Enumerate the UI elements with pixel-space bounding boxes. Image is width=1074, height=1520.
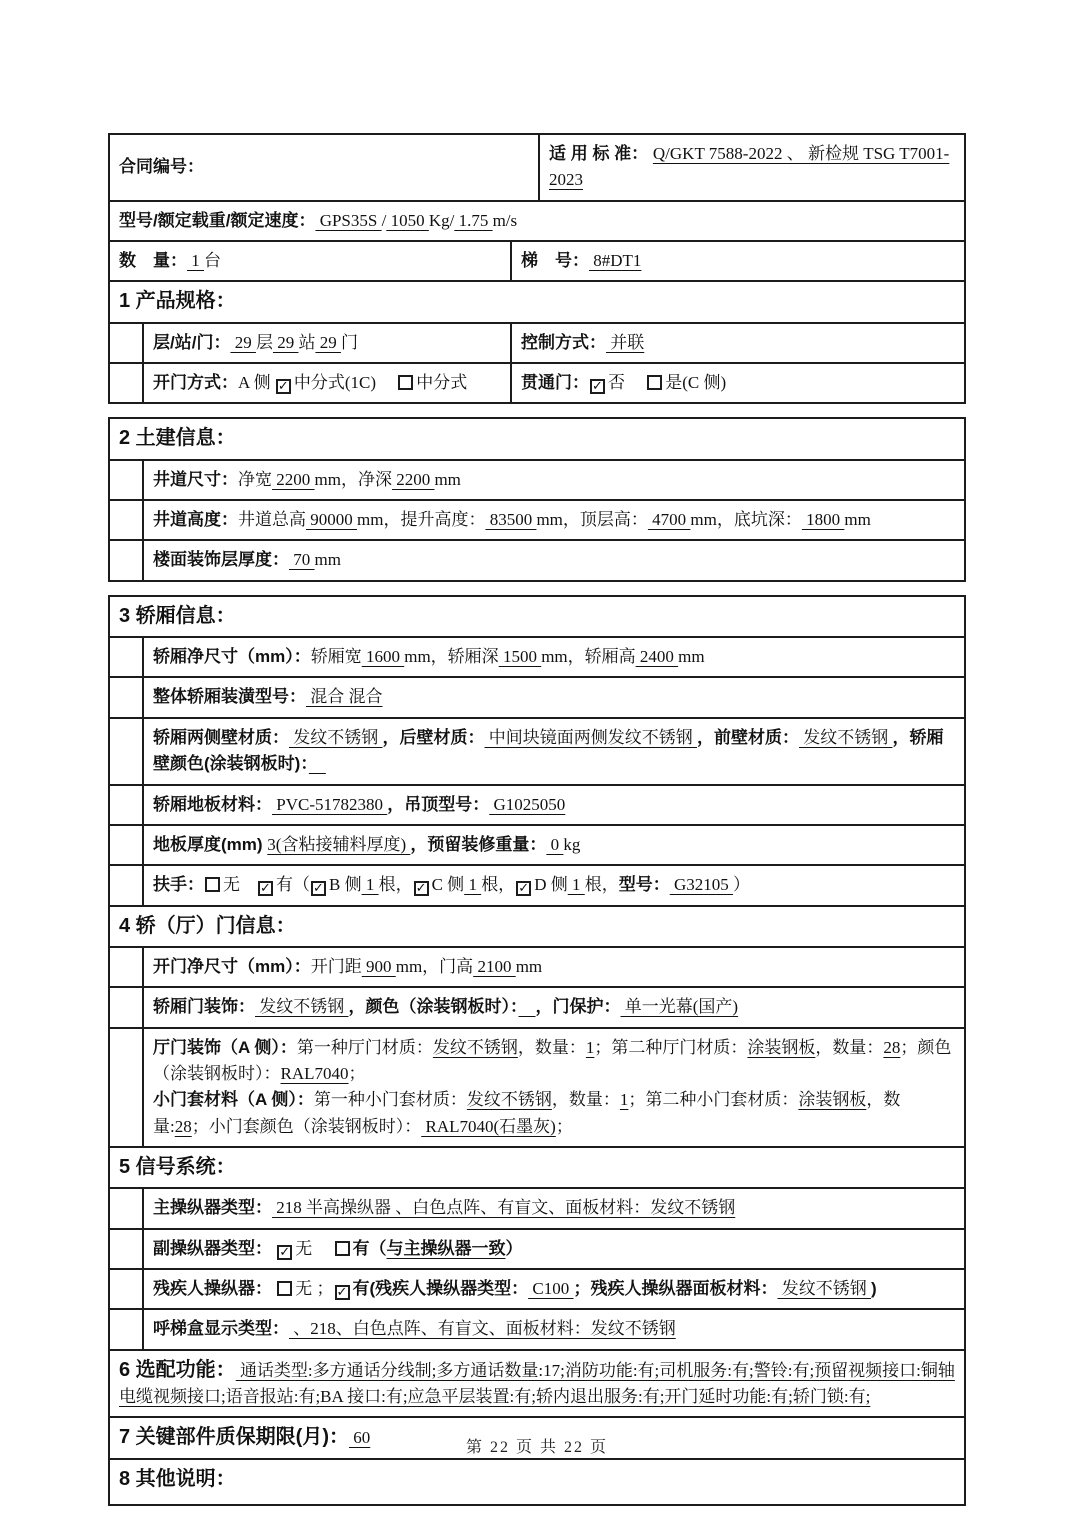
row-gutter [110, 866, 142, 904]
row-gutter [110, 988, 142, 1026]
document-page: 合同编号：适 用 标 准： Q/GKT 7588-2022 、 新检规 TSG … [0, 0, 1074, 1520]
door-opening-row: 开门方式：A 侧 ✓中分式(1C) 中分式贯通门：✓否 是(C 侧) [110, 362, 964, 402]
text: ；小门套颜色（涂装钢板时）： [192, 1117, 422, 1136]
field-label: ， [536, 997, 553, 1016]
field-value: 4700 [648, 510, 691, 529]
text: 无 [295, 1239, 333, 1258]
text: 轿厢宽 [311, 647, 362, 666]
main-cop-row: 主操纵器类型： 218 半高操纵器 、白色点阵、有盲文、面板材料：发纹不锈钢 [110, 1187, 964, 1227]
floor-finish-row: 楼面装饰层厚度： 70 mm [110, 539, 964, 579]
field-label: 主操纵器类型： [153, 1198, 272, 1217]
text: Kg/ [429, 211, 455, 230]
field-value: 混合 混合 [306, 687, 383, 706]
field-value: 29 [315, 333, 341, 352]
field-value: 70 [289, 550, 315, 569]
text: m/s [493, 211, 518, 230]
shaft-height-row: 井道高度：井道总高 90000 mm，提升高度： 83500 mm，顶层高： 4… [110, 499, 964, 539]
field-label: ， [387, 795, 404, 814]
checkbox-checked[interactable]: ✓ [311, 881, 326, 896]
field-value: 涂装钢板 [747, 1038, 815, 1057]
floor-finish-cell: 楼面装饰层厚度： 70 mm [142, 541, 964, 579]
row-gutter [110, 1029, 142, 1146]
field-value: 发纹不锈钢 [433, 1038, 518, 1057]
field-value: 0 [546, 835, 563, 854]
text: 有（ [276, 875, 310, 894]
section-4-door-info: 4 轿（厅）门信息： [110, 905, 964, 946]
handrail-row: 扶手：无 ✓有（✓B 侧 1 根，✓C 侧 1 根，✓D 侧 1 根，型号： G… [110, 864, 964, 904]
field-label: ) [871, 1279, 877, 1298]
text: C 侧 [432, 875, 465, 894]
contract-number-row: 合同编号：适 用 标 准： Q/GKT 7588-2022 、 新检规 TSG … [110, 135, 964, 200]
text: 根， [481, 875, 515, 894]
field-label: 吊顶型号： [404, 795, 489, 814]
car-door-decor-row: 轿厢门装饰： 发纹不锈钢 ，颜色（涂装钢板时）： ，门保护： 单一光幕(国产) [110, 986, 964, 1026]
field-value: C100 [528, 1279, 573, 1298]
section-title-cell: 5 信号系统： [110, 1148, 964, 1187]
section-title: 8 其他说明： [119, 1468, 236, 1490]
section-3-car-info: 3 轿厢信息： [110, 597, 964, 636]
row-gutter [110, 1230, 142, 1268]
field-label: 后壁材质： [400, 728, 485, 747]
field-label: ， [410, 835, 427, 854]
civil-info: 2 土建信息：井道尺寸：净宽 2200 mm，净深 2200 mm井道高度：井道… [108, 417, 966, 581]
field-label: 轿厢两侧壁材质： [153, 728, 289, 747]
section-title: 6 选配功能： [119, 1359, 236, 1381]
checkbox-unchecked[interactable] [335, 1241, 350, 1256]
text: 第一种小门套材质： [314, 1090, 467, 1109]
field-label: 梯 号： [521, 251, 589, 270]
field-label: 轿厢门装饰： [153, 997, 255, 1016]
checkbox-checked[interactable]: ✓ [258, 881, 273, 896]
checkbox-checked[interactable]: ✓ [335, 1285, 350, 1300]
field-value: 900 [362, 957, 396, 976]
section-title: 1 产品规格： [119, 290, 236, 312]
door-opening-cell: 开门方式：A 侧 ✓中分式(1C) 中分式 [142, 364, 510, 402]
floors-stops-doors-row: 层/站/门： 29 层 29 站 29 门控制方式： 并联 [110, 322, 964, 362]
checkbox-checked[interactable]: ✓ [516, 881, 531, 896]
field-value: PVC-51782380 [272, 795, 387, 814]
field-label: 前壁材质： [714, 728, 799, 747]
text [272, 1239, 276, 1258]
row-gutter [110, 1310, 142, 1348]
field-label: 控制方式： [521, 333, 606, 352]
field-value: 8#DT1 [589, 251, 641, 270]
field-label: 扶手： [153, 875, 204, 894]
optional-functions-cell: 6 选配功能： 通话类型:多方通话分线制;多方通话数量:17;消防功能:有;司机… [110, 1351, 964, 1417]
text: mm，净深 [315, 470, 392, 489]
field-label: ； [574, 1279, 591, 1298]
field-value: 发纹不锈钢 [255, 997, 349, 1016]
hall-call-display-cell: 呼梯盒显示类型： 、218、白色点阵、有盲文、面板材料：发纹不锈钢 [142, 1310, 964, 1348]
spec-table: 合同编号：适 用 标 准： Q/GKT 7588-2022 、 新检规 TSG … [108, 133, 966, 1519]
field-label: 适 用 标 准： [549, 144, 653, 163]
row-gutter [110, 948, 142, 986]
hall-door-decor-cell: 厅门装饰（A 侧）：第一种厅门材质：发纹不锈钢，数量：1；第二种厅门材质：涂装钢… [142, 1029, 964, 1146]
disabled-cop-row: 残疾人操纵器： 无 ；✓有(残疾人操纵器类型： C100 ；残疾人操纵器面板材料… [110, 1268, 964, 1308]
field-label: 开门净尺寸（mm）： [153, 957, 311, 976]
text: 是(C 侧) [665, 373, 726, 392]
field-value: 1800 [802, 510, 845, 529]
field-value: 1600 [362, 647, 405, 666]
field-value: G32105 [670, 875, 733, 894]
model-load-speed-cell: 型号/额定载重/额定速度： GPS35S / 1050 Kg/ 1.75 m/s [110, 202, 964, 240]
field-label: ， [697, 728, 714, 747]
main-cop-cell: 主操纵器类型： 218 半高操纵器 、白色点阵、有盲文、面板材料：发纹不锈钢 [142, 1189, 964, 1227]
door-opening-size-row: 开门净尺寸（mm）：开门距 900 mm，门高 2100 mm [110, 946, 964, 986]
text: 无 [223, 875, 257, 894]
field-value: 2200 [392, 470, 435, 489]
shaft-size-row: 井道尺寸：净宽 2200 mm，净深 2200 mm [110, 459, 964, 499]
text: 根， [585, 875, 619, 894]
text: mm [516, 957, 542, 976]
car-wall-material-row: 轿厢两侧壁材质： 发纹不锈钢 ，后壁材质： 中间块镜面两侧发纹不锈钢 ，前壁材质… [110, 717, 964, 784]
field-label: 井道高度： [153, 510, 238, 529]
field-label: 贯通门： [521, 373, 589, 392]
field-value: 1500 [499, 647, 542, 666]
handrail-cell: 扶手：无 ✓有（✓B 侧 1 根，✓C 侧 1 根，✓D 侧 1 根，型号： G… [142, 866, 964, 904]
aux-cop-cell: 副操纵器类型： ✓无 有（与主操纵器一致） [142, 1230, 964, 1268]
field-value: RAL7040(石墨灰) [421, 1117, 556, 1136]
quantity-cell: 数 量： 1 台 [110, 242, 510, 280]
text: D 侧 [534, 875, 568, 894]
field-value: G1025050 [489, 795, 565, 814]
hall-call-display-row: 呼梯盒显示类型： 、218、白色点阵、有盲文、面板材料：发纹不锈钢 [110, 1308, 964, 1348]
row-gutter [110, 324, 142, 362]
field-label: 楼面装饰层厚度： [153, 550, 289, 569]
other-notes-cell: 8 其他说明： [110, 1460, 964, 1504]
text: 开门距 [311, 957, 362, 976]
disabled-cop-cell: 残疾人操纵器： 无 ；✓有(残疾人操纵器类型： C100 ；残疾人操纵器面板材料… [142, 1270, 964, 1308]
text: 井道总高 [238, 510, 306, 529]
field-value: 218 半高操纵器 、白色点阵、有盲文、面板材料：发纹不锈钢 [272, 1198, 735, 1217]
text: 净宽 [238, 470, 272, 489]
text: 中分式 [416, 373, 467, 392]
text: ，数量： [552, 1090, 620, 1109]
section-title: 5 信号系统： [119, 1156, 236, 1178]
field-label: 副操纵器类型： [153, 1239, 272, 1258]
checkbox-checked[interactable]: ✓ [276, 379, 291, 394]
row-gutter [110, 826, 142, 864]
text: mm [678, 647, 704, 666]
field-label: 井道尺寸： [153, 470, 238, 489]
field-value: RAL7040 [281, 1064, 349, 1083]
field-value: 1050 [386, 211, 429, 230]
row-gutter [110, 541, 142, 579]
field-label: 有( [353, 1279, 376, 1298]
field-label: ， [383, 728, 400, 747]
field-label: 残疾人操纵器： [153, 1279, 272, 1298]
field-value: 2100 [473, 957, 516, 976]
floor-thickness-row: 地板厚度(mm) 3(含粘接辅料厚度) ，预留装修重量： 0 kg [110, 824, 964, 864]
section-title: 4 轿（厅）门信息： [119, 915, 296, 937]
field-label: 轿厢地板材料： [153, 795, 272, 814]
shaft-size-cell: 井道尺寸：净宽 2200 mm，净深 2200 mm [142, 461, 964, 499]
checkbox-checked[interactable]: ✓ [414, 881, 429, 896]
checkbox-checked[interactable]: ✓ [590, 379, 605, 394]
field-value: 3(含粘接辅料厚度) [267, 835, 410, 854]
text: ； [349, 1064, 366, 1083]
header-and-product-specs: 合同编号：适 用 标 准： Q/GKT 7588-2022 、 新检规 TSG … [108, 133, 966, 404]
field-value: 发纹不锈钢 [467, 1090, 552, 1109]
text: mm，门高 [396, 957, 473, 976]
text: ；第二种小门套材质： [628, 1090, 798, 1109]
field-label: ， [893, 728, 910, 747]
field-label: 门保护： [553, 997, 621, 1016]
floors-stops-doors-cell: 层/站/门： 29 层 29 站 29 门 [142, 324, 510, 362]
field-value: 并联 [606, 333, 644, 352]
aux-cop-row: 副操纵器类型： ✓无 有（与主操纵器一致） [110, 1228, 964, 1268]
field-value [309, 754, 326, 773]
field-label: ） [506, 1239, 523, 1258]
field-value [519, 997, 536, 1016]
section-title: 2 土建信息： [119, 427, 236, 449]
field-label: 层/站/门： [153, 333, 230, 352]
text: 站 [298, 333, 315, 352]
section-8-other-notes: 8 其他说明： [110, 1458, 964, 1504]
car-size-cell: 轿厢净尺寸（mm）：轿厢宽 1600 mm，轿厢深 1500 mm，轿厢高 24… [142, 638, 964, 676]
quantity-elevator-row: 数 量： 1 台梯 号： 8#DT1 [110, 240, 964, 280]
car-floor-material-cell: 轿厢地板材料： PVC-51782380 ，吊顶型号： G1025050 [142, 786, 964, 824]
field-value: 29 [230, 333, 256, 352]
model-load-speed-row: 型号/额定载重/额定速度： GPS35S / 1050 Kg/ 1.75 m/s [110, 200, 964, 240]
car-door-decor-cell: 轿厢门装饰： 发纹不锈钢 ，颜色（涂装钢板时）： ，门保护： 单一光幕(国产) [142, 988, 964, 1026]
text: A 侧 [238, 373, 275, 392]
hall-door-decor-row: 厅门装饰（A 侧）：第一种厅门材质：发纹不锈钢，数量：1；第二种厅门材质：涂装钢… [110, 1027, 964, 1146]
field-value: 28 [175, 1117, 192, 1136]
section-title: 3 轿厢信息： [119, 605, 236, 627]
row-gutter [110, 364, 142, 402]
field-label: 预留装修重量： [427, 835, 546, 854]
field-value: 发纹不锈钢 [799, 728, 893, 747]
section-title-cell: 4 轿（厅）门信息： [110, 907, 964, 946]
car-door-signal-and-options: 3 轿厢信息：轿厢净尺寸（mm）：轿厢宽 1600 mm，轿厢深 1500 mm… [108, 595, 966, 1506]
field-value: 中间块镜面两侧发纹不锈钢 [485, 728, 698, 747]
text: mm，底坑深： [690, 510, 801, 529]
row-gutter [110, 638, 142, 676]
field-value: 2400 [636, 647, 679, 666]
field-label: 型号/额定载重/额定速度： [119, 211, 315, 230]
row-gutter [110, 719, 142, 784]
field-value: 1 [464, 875, 481, 894]
car-wall-material-cell: 轿厢两侧壁材质： 发纹不锈钢 ，后壁材质： 中间块镜面两侧发纹不锈钢 ，前壁材质… [142, 719, 964, 784]
field-label: 型号： [619, 875, 670, 894]
text: ，数量： [518, 1038, 586, 1057]
control-mode-cell: 控制方式： 并联 [510, 324, 964, 362]
text: ，数量： [815, 1038, 883, 1057]
field-label: 数 量： [119, 251, 187, 270]
row-gutter [110, 678, 142, 716]
contract-number-cell: 合同编号： [110, 135, 538, 200]
field-value: 通话类型:多方通话分线制;多方通话数量:17;消防功能:有;司机服务:有;警铃:… [119, 1361, 955, 1406]
field-value: 与主操纵器一致 [387, 1239, 506, 1258]
row-gutter [110, 461, 142, 499]
text: 根， [379, 875, 413, 894]
checkbox-checked[interactable]: ✓ [277, 1245, 292, 1260]
field-label: 颜色（涂装钢板时）： [366, 997, 519, 1016]
field-value: 、218、白色点阵、有盲文、面板材料：发纹不锈钢 [289, 1319, 676, 1338]
car-size-row: 轿厢净尺寸（mm）：轿厢宽 1600 mm，轿厢深 1500 mm，轿厢高 24… [110, 636, 964, 676]
text: ； [556, 1117, 573, 1136]
field-value: 28 [883, 1038, 900, 1057]
section-title-cell: 1 产品规格： [110, 282, 964, 321]
field-label: 残疾人操纵器面板材料： [591, 1279, 778, 1298]
car-decoration-model-cell: 整体轿厢装潢型号： 混合 混合 [142, 678, 964, 716]
field-value: 发纹不锈钢 [778, 1279, 872, 1298]
text: kg [563, 835, 580, 854]
text: ） [733, 875, 750, 894]
section-title-cell: 2 土建信息： [110, 419, 964, 458]
field-label: ， [349, 997, 366, 1016]
text: 门 [341, 333, 358, 352]
field-label: 有（ [353, 1239, 387, 1258]
text: 第一种厅门材质： [297, 1038, 433, 1057]
text: 无 ； [295, 1279, 333, 1298]
text: mm [844, 510, 870, 529]
checkbox-unchecked[interactable] [647, 375, 662, 390]
text: mm [434, 470, 460, 489]
elevator-number-cell: 梯 号： 8#DT1 [510, 242, 964, 280]
text: mm，顶层高： [536, 510, 647, 529]
field-value: 1 [187, 251, 204, 270]
field-label: 厅门装饰（A 侧）： [153, 1038, 297, 1057]
field-value: 83500 [485, 510, 536, 529]
text: mm，轿厢高 [541, 647, 635, 666]
field-label: 轿厢净尺寸（mm）： [153, 647, 311, 666]
section-5-signal-system: 5 信号系统： [110, 1146, 964, 1187]
field-value: 2200 [272, 470, 315, 489]
through-door-cell: 贯通门：✓否 是(C 侧) [510, 364, 964, 402]
section-1-product-specs: 1 产品规格： [110, 280, 964, 321]
section-6-optional-functions: 6 选配功能： 通话类型:多方通话分线制;多方通话数量:17;消防功能:有;司机… [110, 1349, 964, 1417]
row-gutter [110, 1270, 142, 1308]
section-title-cell: 3 轿厢信息： [110, 597, 964, 636]
field-label: 小门套材料（A 侧）： [153, 1090, 314, 1109]
text: ；第二种厅门材质： [594, 1038, 747, 1057]
checkbox-unchecked[interactable] [277, 1281, 292, 1296]
text: 台 [204, 251, 221, 270]
field-value: 发纹不锈钢 [289, 728, 383, 747]
checkbox-unchecked[interactable] [398, 375, 413, 390]
section-2-civil-info: 2 土建信息： [110, 419, 964, 458]
text: 否 [608, 373, 646, 392]
field-label: 呼梯盒显示类型： [153, 1319, 289, 1338]
text: 层 [256, 333, 273, 352]
field-label: 地板厚度(mm) [153, 835, 267, 854]
standard-cell: 适 用 标 准： Q/GKT 7588-2022 、 新检规 TSG T7001… [538, 135, 964, 200]
shaft-height-cell: 井道高度：井道总高 90000 mm，提升高度： 83500 mm，顶层高： 4… [142, 501, 964, 539]
field-value: 涂装钢板 [798, 1090, 866, 1109]
text: mm [315, 550, 341, 569]
row-gutter [110, 786, 142, 824]
row-gutter [110, 501, 142, 539]
field-value: GPS35S [315, 211, 381, 230]
floor-thickness-cell: 地板厚度(mm) 3(含粘接辅料厚度) ，预留装修重量： 0 kg [142, 826, 964, 864]
field-label: 合同编号： [119, 154, 204, 180]
text [272, 1279, 276, 1298]
field-label: 整体轿厢装潢型号： [153, 687, 306, 706]
checkbox-unchecked[interactable] [205, 877, 220, 892]
text: 中分式(1C) [294, 373, 397, 392]
car-decoration-model-row: 整体轿厢装潢型号： 混合 混合 [110, 676, 964, 716]
field-value: 90000 [306, 510, 357, 529]
field-value: 单一光幕(国产) [621, 997, 739, 1016]
field-label: 开门方式： [153, 373, 238, 392]
field-label: 残疾人操纵器类型： [375, 1279, 528, 1298]
door-opening-size-cell: 开门净尺寸（mm）：开门距 900 mm，门高 2100 mm [142, 948, 964, 986]
field-value: 1 [362, 875, 379, 894]
field-value: 1 [568, 875, 585, 894]
row-gutter [110, 1189, 142, 1227]
car-floor-material-row: 轿厢地板材料： PVC-51782380 ，吊顶型号： G1025050 [110, 784, 964, 824]
field-value: 1.75 [454, 211, 492, 230]
text: mm，提升高度： [357, 510, 485, 529]
field-value: 29 [273, 333, 299, 352]
page-footer: 第 22 页 共 22 页 [0, 1434, 1074, 1457]
text: mm，轿厢深 [404, 647, 498, 666]
text: B 侧 [329, 875, 362, 894]
